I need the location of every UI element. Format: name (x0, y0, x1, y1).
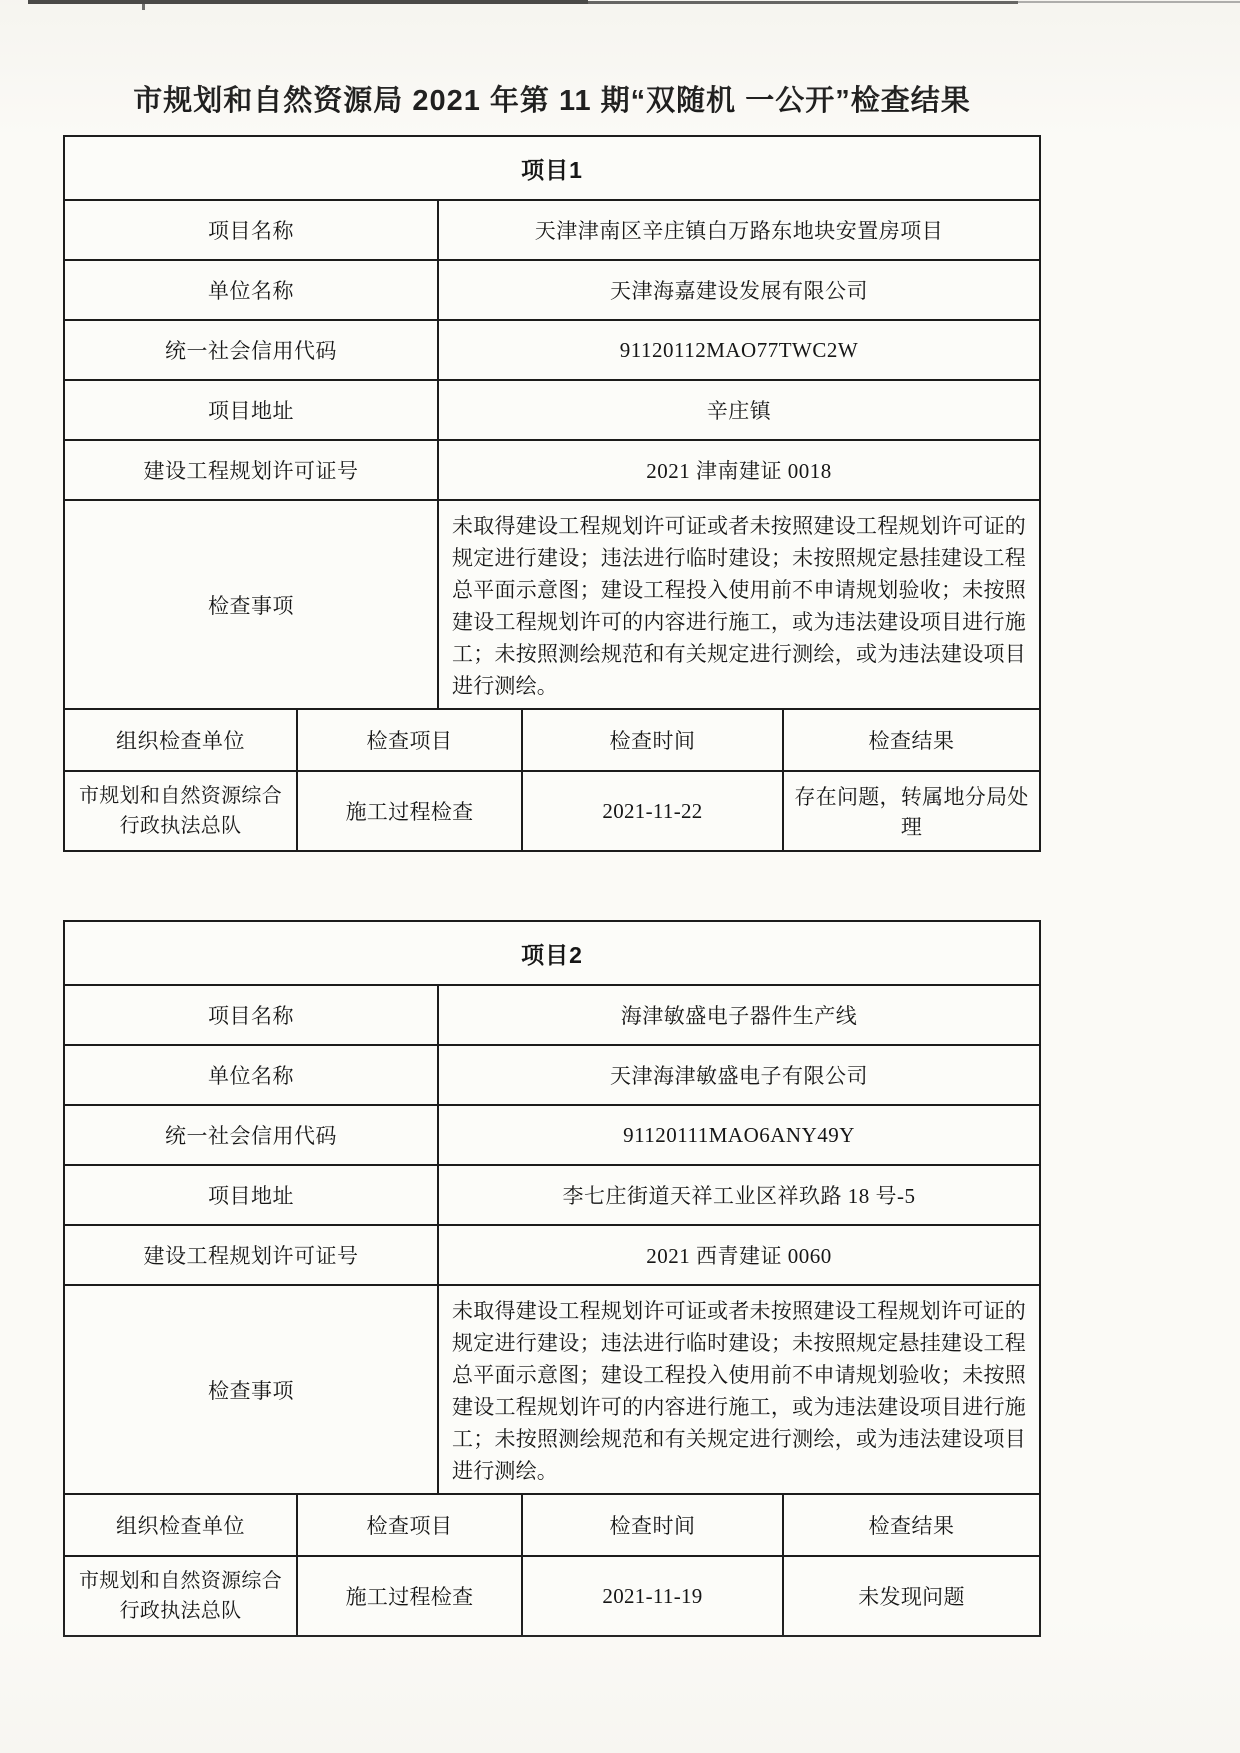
result-header-result: 检查结果 (782, 1495, 1039, 1555)
field-label: 项目名称 (65, 201, 437, 259)
field-value: 91120112MAO77TWC2W (437, 321, 1039, 379)
result-header-item: 检查项目 (296, 1495, 521, 1555)
field-label: 统一社会信用代码 (65, 1106, 437, 1164)
field-label: 统一社会信用代码 (65, 321, 437, 379)
inspection-text: 未取得建设工程规划许可证或者未按照建设工程规划许可证的规定进行建设；违法进行临时… (437, 501, 1039, 708)
result-data-row: 市规划和自然资源综合行政执法总队 施工过程检查 2021-11-22 存在问题，… (65, 770, 1039, 850)
inspection-label: 检查事项 (65, 1286, 437, 1493)
result-date: 2021-11-22 (521, 772, 782, 850)
field-row-project-address: 项目地址 辛庄镇 (65, 379, 1039, 439)
field-value: 海津敏盛电子器件生产线 (437, 986, 1039, 1044)
result-result: 未发现问题 (782, 1557, 1039, 1635)
field-label: 项目地址 (65, 1166, 437, 1224)
field-value: 辛庄镇 (437, 381, 1039, 439)
field-value: 91120111MAO6ANY49Y (437, 1106, 1039, 1164)
result-header-row: 组织检查单位 检查项目 检查时间 检查结果 (65, 708, 1039, 770)
field-row-credit-code: 统一社会信用代码 91120112MAO77TWC2W (65, 319, 1039, 379)
field-row-project-address: 项目地址 李七庄街道天祥工业区祥玖路 18 号-5 (65, 1164, 1039, 1224)
table-header-row: 项目2 (65, 922, 1039, 984)
result-org: 市规划和自然资源综合行政执法总队 (65, 1557, 296, 1635)
field-row-unit-name: 单位名称 天津海嘉建设发展有限公司 (65, 259, 1039, 319)
result-header-date: 检查时间 (521, 1495, 782, 1555)
field-label: 建设工程规划许可证号 (65, 441, 437, 499)
result-header-date: 检查时间 (521, 710, 782, 770)
field-row-project-name: 项目名称 天津津南区辛庄镇白万路东地块安置房项目 (65, 199, 1039, 259)
field-row-permit-number: 建设工程规划许可证号 2021 津南建证 0018 (65, 439, 1039, 499)
field-label: 建设工程规划许可证号 (65, 1226, 437, 1284)
field-value: 天津海嘉建设发展有限公司 (437, 261, 1039, 319)
field-value: 2021 西青建证 0060 (437, 1226, 1039, 1284)
field-row-credit-code: 统一社会信用代码 91120111MAO6ANY49Y (65, 1104, 1039, 1164)
result-header-row: 组织检查单位 检查项目 检查时间 检查结果 (65, 1493, 1039, 1555)
field-value: 李七庄街道天祥工业区祥玖路 18 号-5 (437, 1166, 1039, 1224)
inspection-items-row: 检查事项 未取得建设工程规划许可证或者未按照建设工程规划许可证的规定进行建设；违… (65, 499, 1039, 708)
inspection-label: 检查事项 (65, 501, 437, 708)
inspection-items-row: 检查事项 未取得建设工程规划许可证或者未按照建设工程规划许可证的规定进行建设；违… (65, 1284, 1039, 1493)
field-row-unit-name: 单位名称 天津海津敏盛电子有限公司 (65, 1044, 1039, 1104)
result-header-org: 组织检查单位 (65, 1495, 296, 1555)
project-header: 项目1 (65, 137, 1039, 199)
result-header-item: 检查项目 (296, 710, 521, 770)
field-value: 天津津南区辛庄镇白万路东地块安置房项目 (437, 201, 1039, 259)
field-value: 天津海津敏盛电子有限公司 (437, 1046, 1039, 1104)
result-item: 施工过程检查 (296, 772, 521, 850)
field-label: 单位名称 (65, 1046, 437, 1104)
field-label: 项目地址 (65, 381, 437, 439)
scan-artifact-line-right (1018, 1, 1240, 3)
field-row-project-name: 项目名称 海津敏盛电子器件生产线 (65, 984, 1039, 1044)
project-table-1: 项目1 项目名称 天津津南区辛庄镇白万路东地块安置房项目 单位名称 天津海嘉建设… (63, 135, 1041, 852)
field-label: 项目名称 (65, 986, 437, 1044)
result-header-result: 检查结果 (782, 710, 1039, 770)
field-label: 单位名称 (65, 261, 437, 319)
result-org: 市规划和自然资源综合行政执法总队 (65, 772, 296, 850)
field-row-permit-number: 建设工程规划许可证号 2021 西青建证 0060 (65, 1224, 1039, 1284)
result-result: 存在问题，转属地分局处理 (782, 772, 1039, 850)
result-item: 施工过程检查 (296, 1557, 521, 1635)
result-date: 2021-11-19 (521, 1557, 782, 1635)
table-header-row: 项目1 (65, 137, 1039, 199)
result-header-org: 组织检查单位 (65, 710, 296, 770)
inspection-text: 未取得建设工程规划许可证或者未按照建设工程规划许可证的规定进行建设；违法进行临时… (437, 1286, 1039, 1493)
document-page: 市规划和自然资源局 2021 年第 11 期“双随机 一公开”检查结果 项目1 … (63, 0, 1041, 1637)
result-data-row: 市规划和自然资源综合行政执法总队 施工过程检查 2021-11-19 未发现问题 (65, 1555, 1039, 1635)
field-value: 2021 津南建证 0018 (437, 441, 1039, 499)
page-title: 市规划和自然资源局 2021 年第 11 期“双随机 一公开”检查结果 (63, 78, 1041, 119)
project-header: 项目2 (65, 922, 1039, 984)
project-table-2: 项目2 项目名称 海津敏盛电子器件生产线 单位名称 天津海津敏盛电子有限公司 统… (63, 920, 1041, 1637)
